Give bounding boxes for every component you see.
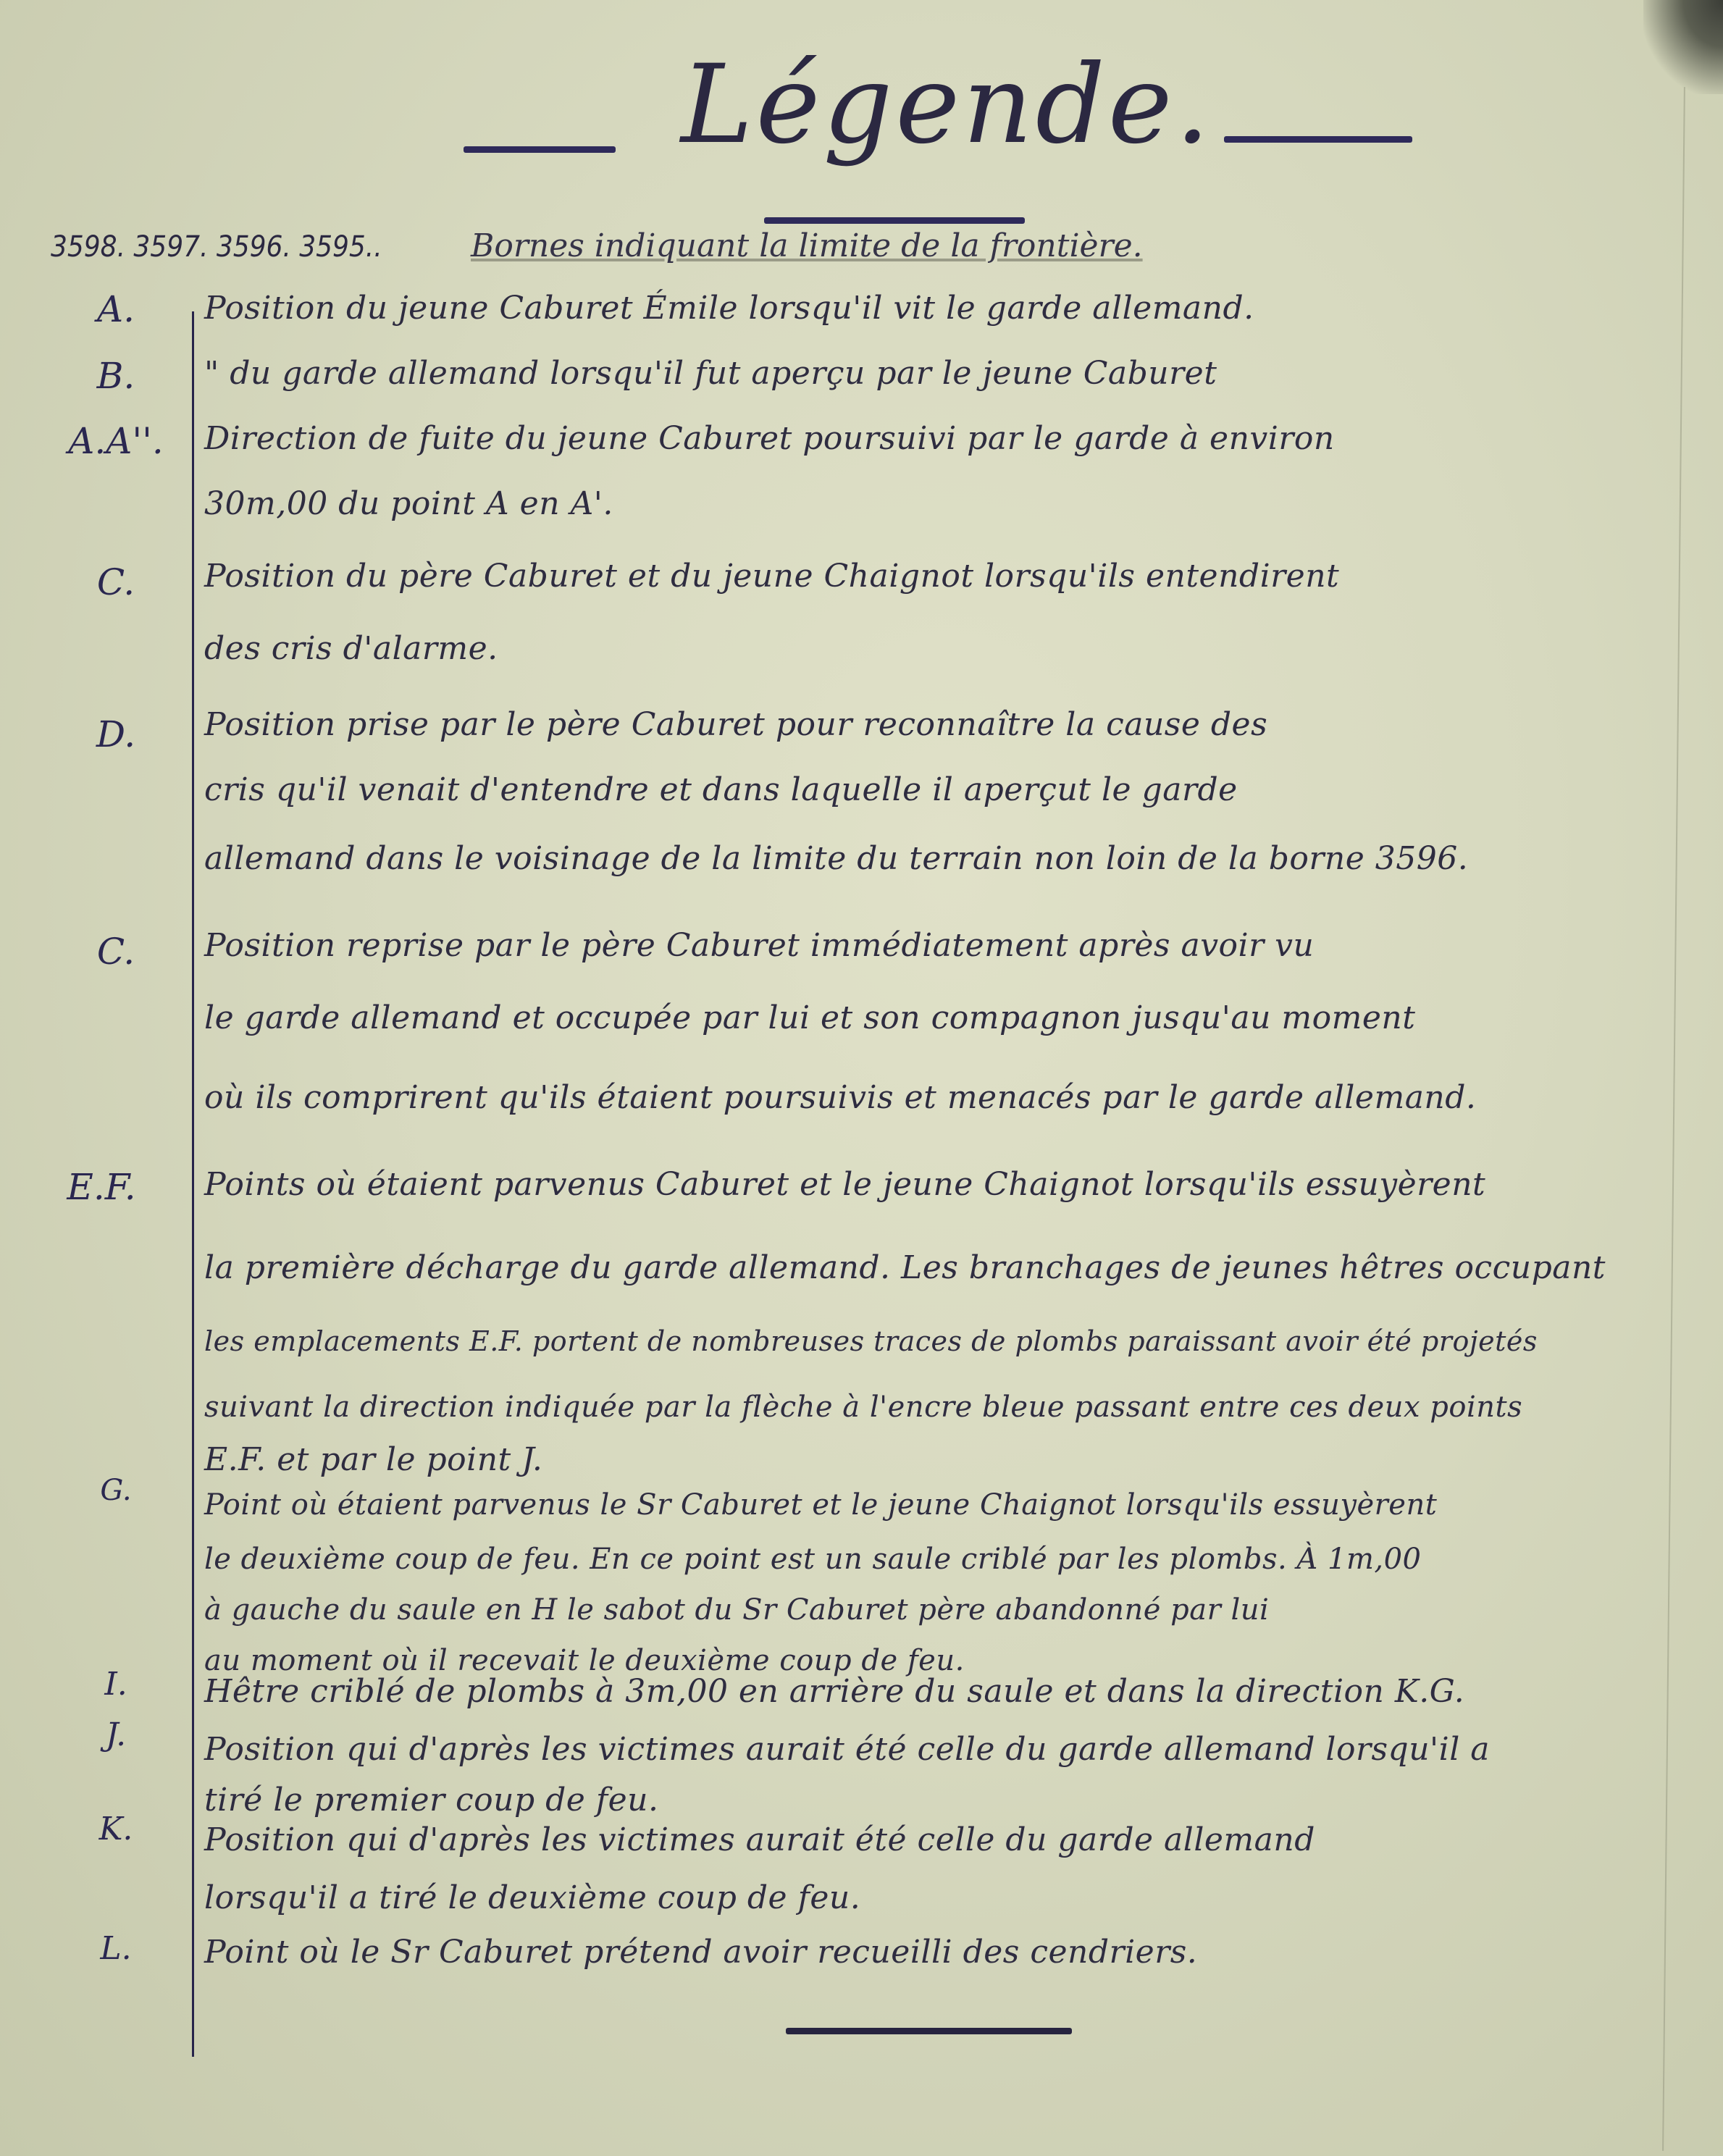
title-rule-right — [1224, 136, 1412, 143]
entry-g-line-2: le deuxième coup de feu. En ce point est… — [204, 1543, 1422, 1576]
closing-rule — [786, 2028, 1072, 2034]
manuscript-page: Légende. 3598. 3597. 3596. 3595.. Bornes… — [0, 0, 1723, 2156]
entry-d-line-1: Position prise par le père Caburet pour … — [204, 706, 1267, 743]
entry-c-line-1: Position du père Caburet et du jeune Cha… — [204, 558, 1339, 595]
entry-g-line-3: à gauche du saule en H le sabot du Sr Ca… — [204, 1593, 1269, 1627]
entry-c2-line-1: Position reprise par le père Caburet imm… — [204, 927, 1314, 964]
title-underline — [764, 217, 1025, 224]
bornes-entry: 3598. 3597. 3596. 3595.. Bornes indiquan… — [51, 225, 1644, 268]
entry-aa-line-1: Direction de fuite du jeune Caburet pour… — [204, 420, 1335, 457]
entry-ef-line-1: Points où étaient parvenus Caburet et le… — [204, 1166, 1485, 1203]
title-rule-left — [464, 146, 616, 153]
bornes-description: Bornes indiquant la limite de la frontiè… — [471, 227, 1143, 264]
entry-d-line-3: allemand dans le voisinage de la limite … — [204, 840, 1468, 877]
entry-ef-line-5: E.F. et par le point J. — [204, 1441, 542, 1478]
entry-l-line-1: Point où le Sr Caburet prétend avoir rec… — [204, 1934, 1197, 1971]
entry-key-i: I. — [29, 1666, 203, 1703]
entry-j-line-2: tiré le premier coup de feu. — [204, 1782, 658, 1819]
entry-k-line-1: Position qui d'après les victimes aurait… — [204, 1821, 1315, 1858]
entry-key-aa: A.A''. — [29, 420, 203, 462]
page-corner-shadow — [1643, 0, 1723, 94]
paper-fold-line — [1662, 87, 1685, 2151]
entry-key-k: K. — [29, 1811, 203, 1847]
page-title: Légende. — [681, 51, 1212, 159]
entry-aa-line-2: 30m,00 du point A en A'. — [204, 485, 613, 522]
entry-d-line-2: cris qu'il venait d'entendre et dans laq… — [204, 771, 1238, 808]
entry-a-line-1: Position du jeune Caburet Émile lorsqu'i… — [204, 290, 1254, 327]
entry-key-c-second: C. — [29, 931, 203, 973]
entry-c2-line-2: le garde allemand et occupée par lui et … — [204, 999, 1415, 1036]
entry-ef-line-2: la première décharge du garde allemand. … — [204, 1249, 1606, 1286]
entry-key-ef: E.F. — [14, 1166, 188, 1208]
entry-key-d: D. — [29, 713, 203, 755]
entry-key-c: C. — [29, 561, 203, 603]
entry-j-line-1: Position qui d'après les victimes aurait… — [204, 1731, 1490, 1768]
entry-c2-line-3: où ils comprirent qu'ils étaient poursui… — [204, 1079, 1476, 1116]
entry-ef-line-3: les emplacements E.F. portent de nombreu… — [204, 1325, 1538, 1357]
entry-ef-line-4: suivant la direction indiquée par la flè… — [204, 1391, 1522, 1424]
entry-key-b: B. — [29, 355, 203, 397]
entry-b-line-1: " du garde allemand lorsqu'il fut aperçu… — [204, 355, 1217, 392]
title-block: Légende. — [464, 51, 1449, 196]
entry-c-line-2: des cris d'alarme. — [204, 630, 498, 667]
entry-key-a: A. — [29, 288, 203, 330]
entry-k-line-2: lorsqu'il a tiré le deuxième coup de feu… — [204, 1879, 860, 1916]
entry-key-j: J. — [29, 1716, 203, 1753]
entry-key-l: L. — [29, 1930, 203, 1967]
entry-g-line-1: Point où étaient parvenus le Sr Caburet … — [204, 1488, 1437, 1522]
entry-i-line-1: Hêtre criblé de plombs à 3m,00 en arrièr… — [204, 1673, 1464, 1710]
bornes-numbers: 3598. 3597. 3596. 3595.. — [51, 230, 382, 264]
entry-key-g: G. — [29, 1474, 203, 1507]
